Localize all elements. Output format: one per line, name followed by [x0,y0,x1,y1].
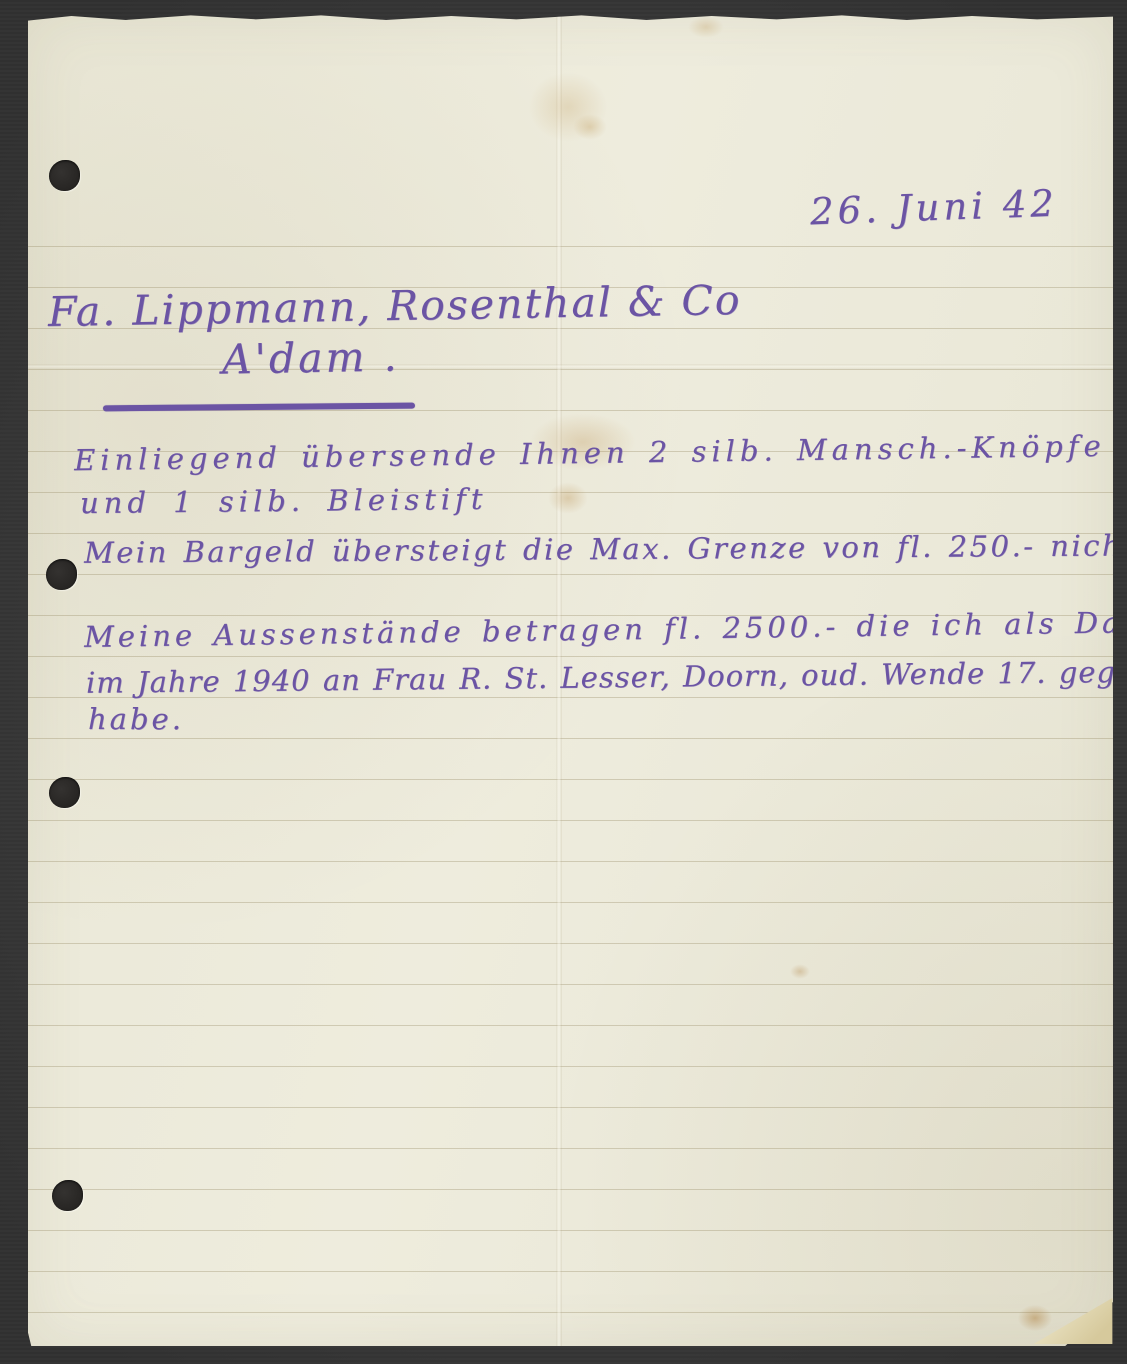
body-paragraph2-line1: Mein Bargeld übersteigt die Max. Grenze … [84,528,1127,569]
paper-stain [528,72,608,142]
punch-hole-2 [46,559,77,590]
body-paragraph3-line2: im Jahre 1940 an Frau R. St. Lesser, Doo… [86,654,1127,700]
paper-stain [548,482,588,514]
paper-stain [688,16,724,38]
horizontal-fold-crease [28,364,1113,369]
addressee-line-2: A'dam . [222,332,400,383]
addressee-underline [103,403,415,412]
paper-stain [573,114,607,140]
addressee-line-1: Fa. Lippmann, Rosenthal & Co [48,276,742,336]
ruled-lines [28,206,1113,1344]
body-paragraph3-line3: habe. [88,702,184,736]
punch-hole-3 [49,777,80,808]
body-paragraph1-line1: Einliegend übersende Ihnen 2 silb. Mansc… [74,429,1106,477]
scan-background: 26. Juni 42 Fa. Lippmann, Rosenthal & Co… [0,0,1127,1364]
body-paragraph1-line2: und 1 silb. Bleistift [80,482,488,520]
punch-hole-4 [52,1180,83,1211]
punch-hole-1 [49,160,80,191]
date-line: 26. Juni 42 [809,182,1058,234]
body-paragraph3-line1: Meine Aussenstände betragen fl. 2500.- d… [84,604,1127,654]
paper-stain [790,964,810,979]
letter-paper: 26. Juni 42 Fa. Lippmann, Rosenthal & Co… [28,14,1113,1346]
folded-corner-stain [1018,1305,1052,1331]
